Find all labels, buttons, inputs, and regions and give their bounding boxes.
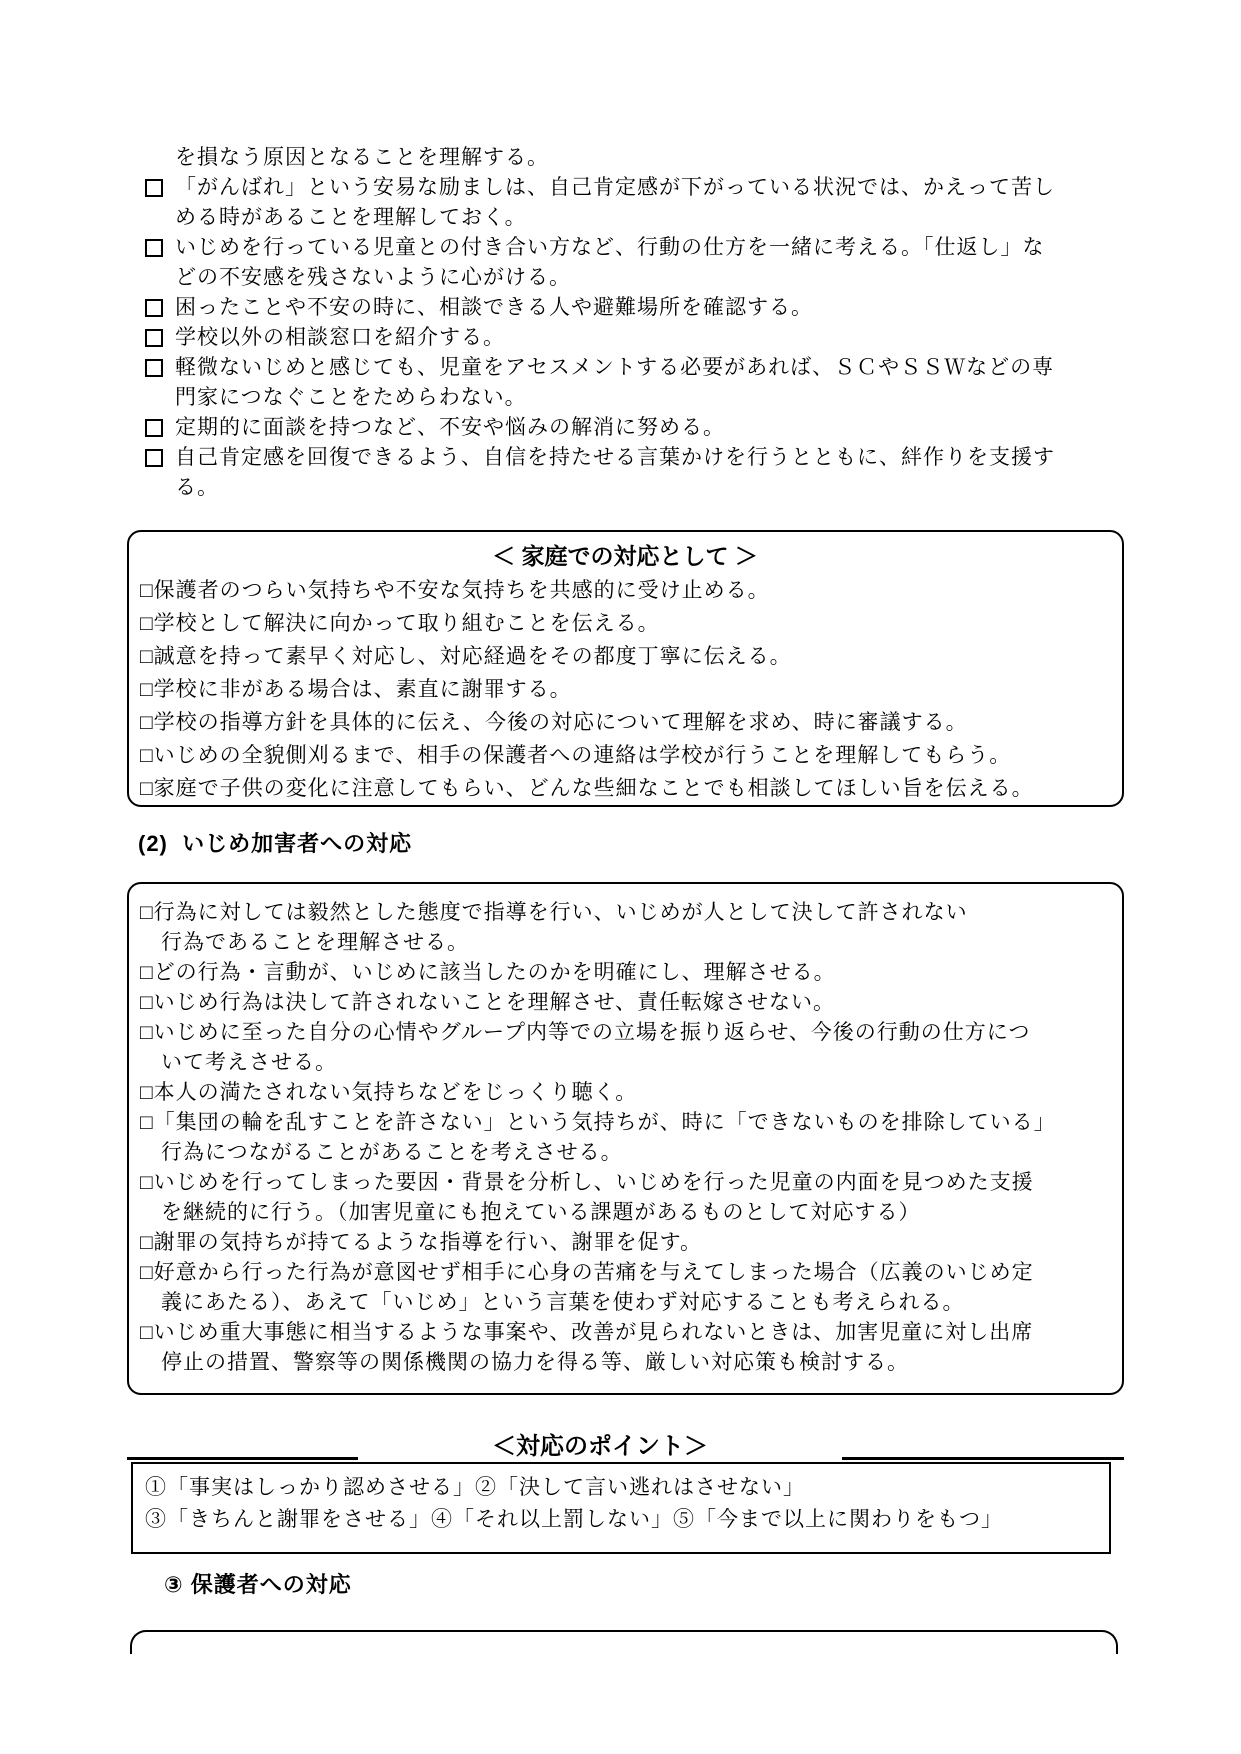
guardian-response-box-top (130, 1630, 1118, 1654)
home-response-items: □保護者のつらい気持ちや不安な気持ちを共感的に受け止める。 □学校として解決に向… (140, 574, 1110, 805)
list-item: □行為に対しては毅然とした態度で指導を行い、いじめが人として決して許されない 行… (140, 897, 1110, 957)
list-item: □家庭で子供の変化に注意してもらい、どんな些細なことでも相談してほしい旨を伝える… (140, 772, 1110, 805)
list-item-text: 困ったことや不安の時に、相談できる人や避難場所を確認する。 (175, 292, 813, 322)
list-item: □学校として解決に向かって取り組むことを伝える。 (140, 607, 1110, 640)
list-item: いじめを行っている児童との付き合い方など、行動の仕方を一緒に考える。「仕返し」な… (145, 232, 1123, 292)
list-item: 困ったことや不安の時に、相談できる人や避難場所を確認する。 (145, 292, 1123, 322)
list-item: □学校に非がある場合は、素直に謝罪する。 (140, 673, 1110, 706)
checkbox-icon (145, 359, 163, 377)
list-item: □いじめに至った自分の心情やグループ内等での立場を振り返らせ、今後の行動の仕方に… (140, 1017, 1110, 1077)
list-item-text: 「がんばれ」という安易な励ましは、自己肯定感が下がっている状況では、かえって苦し… (175, 172, 1055, 232)
list-item: □どの行為・言動が、いじめに該当したのかを明確にし、理解させる。 (140, 957, 1110, 987)
list-item-text: 定期的に面談を持つなど、不安や悩みの解消に努める。 (175, 412, 725, 442)
checkbox-icon (145, 299, 163, 317)
list-item-text: 学校以外の相談窓口を紹介する。 (175, 322, 505, 352)
checklist: 「がんばれ」という安易な励ましは、自己肯定感が下がっている状況では、かえって苦し… (145, 172, 1123, 502)
home-response-box: ＜ 家庭での対応として ＞ □保護者のつらい気持ちや不安な気持ちを共感的に受け止… (127, 530, 1124, 807)
document-page: を損なう原因となることを理解する。 「がんばれ」という安易な励ましは、自己肯定感… (0, 0, 1241, 1754)
list-item: □いじめ行為は決して許されないことを理解させ、責任転嫁させない。 (140, 987, 1110, 1017)
checkbox-icon (145, 179, 163, 197)
list-item-text: いじめを行っている児童との付き合い方など、行動の仕方を一緒に考える。「仕返し」な… (175, 232, 1045, 292)
list-item: 定期的に面談を持つなど、不安や悩みの解消に努める。 (145, 412, 1123, 442)
list-item: 自己肯定感を回復できるよう、自信を持たせる言葉かけを行うとともに、絆作りを支援す… (145, 442, 1123, 502)
section-heading-guardian: ③ 保護者への対応 (164, 1572, 352, 1598)
list-item: □学校の指導方針を具体的に伝え、今後の対応について理解を求め、時に審議する。 (140, 706, 1110, 739)
section-heading-perpetrator: (2) いじめ加害者への対応 (138, 831, 412, 857)
list-item: 「がんばれ」という安易な励ましは、自己肯定感が下がっている状況では、かえって苦し… (145, 172, 1123, 232)
list-item: □謝罪の気持ちが持てるような指導を行い、謝罪を促す。 (140, 1227, 1110, 1257)
perpetrator-response-box: □行為に対しては毅然とした態度で指導を行い、いじめが人として決して許されない 行… (127, 882, 1124, 1395)
list-item: □いじめの全貌側刈るまで、相手の保護者への連絡は学校が行うことを理解してもらう。 (140, 739, 1110, 772)
list-item: □「集団の輪を乱すことを許さない」という気持ちが、時に「できないものを排除してい… (140, 1107, 1110, 1167)
continuation-line: を損なう原因となることを理解する。 (145, 142, 1123, 172)
divider-line-right (842, 1457, 1124, 1460)
list-item: 学校以外の相談窓口を紹介する。 (145, 322, 1123, 352)
points-line: ①「事実はしっかり認めさせる」②「決して言い逃れはさせない」 (145, 1471, 1099, 1503)
list-item: □保護者のつらい気持ちや不安な気持ちを共感的に受け止める。 (140, 574, 1110, 607)
list-item: □いじめを行ってしまった要因・背景を分析し、いじめを行った児童の内面を見つめた支… (140, 1167, 1110, 1227)
checkbox-icon (145, 329, 163, 347)
checkbox-icon (145, 419, 163, 437)
home-response-box-title: ＜ 家庭での対応として ＞ (140, 542, 1110, 570)
checkbox-icon (145, 239, 163, 257)
points-line: ③「きちんと謝罪をさせる」④「それ以上罰しない」⑤「今まで以上に関わりをもつ」 (145, 1503, 1099, 1535)
list-item-text: 自己肯定感を回復できるよう、自信を持たせる言葉かけを行うとともに、絆作りを支援す… (175, 442, 1055, 502)
list-item: □いじめ重大事態に相当するような事案や、改善が見られないときは、加害児童に対し出… (140, 1317, 1110, 1377)
list-item-text: 軽微ないじめと感じても、児童をアセスメントする必要があれば、ＳＣやＳＳＷなどの専… (175, 352, 1054, 412)
list-item: □本人の満たされない気持ちなどをじっくり聴く。 (140, 1077, 1110, 1107)
divider-line-left (127, 1457, 358, 1460)
list-item: 軽微ないじめと感じても、児童をアセスメントする必要があれば、ＳＣやＳＳＷなどの専… (145, 352, 1123, 412)
checkbox-icon (145, 449, 163, 467)
perpetrator-response-items: □行為に対しては毅然とした態度で指導を行い、いじめが人として決して許されない 行… (140, 897, 1110, 1377)
list-item: □誠意を持って素早く対応し、対応経過をその都度丁寧に伝える。 (140, 640, 1110, 673)
victim-support-checklist: を損なう原因となることを理解する。 「がんばれ」という安易な励ましは、自己肯定感… (145, 142, 1123, 502)
list-item: □好意から行った行為が意図せず相手に心身の苦痛を与えてしまった場合（広義のいじめ… (140, 1257, 1110, 1317)
points-box-title: ＜対応のポイント＞ (400, 1433, 800, 1461)
points-box: ①「事実はしっかり認めさせる」②「決して言い逃れはさせない」 ③「きちんと謝罪を… (131, 1462, 1111, 1554)
